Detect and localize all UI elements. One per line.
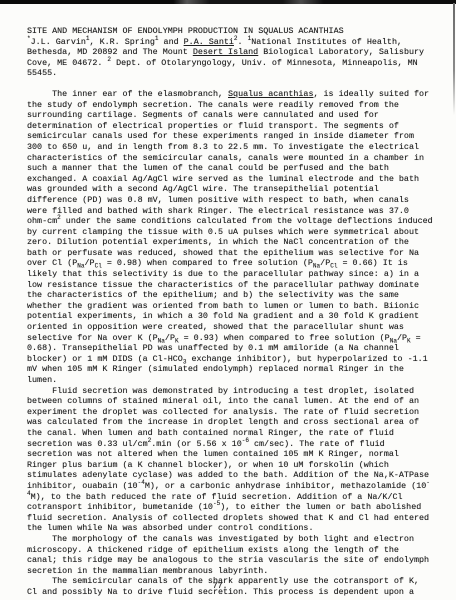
- scanned-abstract-page: SITE AND MECHANISM OF ENDOLYMPH PRODUCTI…: [0, 0, 456, 600]
- abstract-paragraph-methods: The inner ear of the elasmobranch, Squal…: [27, 89, 434, 386]
- abstract-paragraph-fluid-secretion: Fluid secretion was demonstrated by intr…: [27, 386, 434, 534]
- abstract-paragraph-morphology: The morphology of the canals was investi…: [27, 534, 434, 576]
- abstract-body: The inner ear of the elasmobranch, Squal…: [27, 89, 434, 598]
- scan-artifact-right-edge: [453, 3, 455, 115]
- abstract-content: SITE AND MECHANISM OF ENDOLYMPH PRODUCTI…: [27, 26, 434, 597]
- scan-artifact-top-edge: [0, 0, 456, 4]
- page-number: 77.: [0, 581, 440, 591]
- authors-affiliations: *J.L. Garvin1, K.R. Spring1 and P.A. San…: [27, 37, 434, 79]
